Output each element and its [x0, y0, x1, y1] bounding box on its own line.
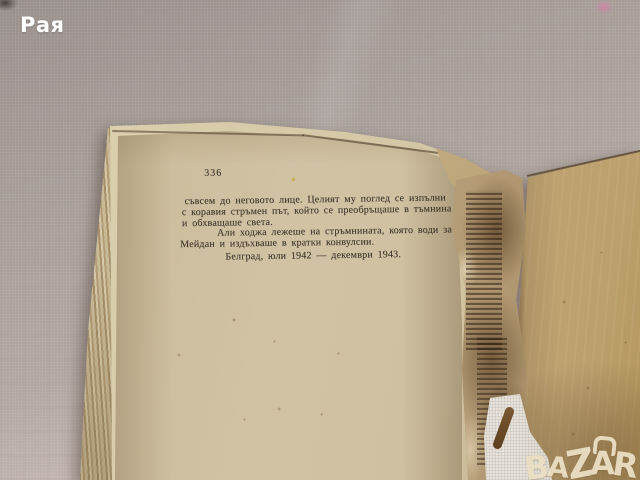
page-text-line: Мейдан и издъхваше в кратки конвулсии.	[180, 237, 374, 250]
seller-username-watermark: Рая	[20, 13, 65, 37]
page-number: 336	[204, 169, 222, 179]
photo-of-old-book: 336 съвсем до неговото лице. Целият му п…	[0, 0, 640, 480]
bazar-watermark-logo: B A Z A R	[523, 428, 640, 480]
printed-text-block: 336 съвсем до неговото лице. Целият му п…	[179, 165, 491, 289]
page-text-line: с коравия стръмен път, който се преобръщ…	[182, 204, 452, 218]
open-book: 336 съвсем до неговото лице. Целият му п…	[0, 0, 640, 480]
dateline: Белград, юли 1942 — декември 1943.	[225, 250, 401, 262]
logo-letter: R	[611, 447, 640, 480]
